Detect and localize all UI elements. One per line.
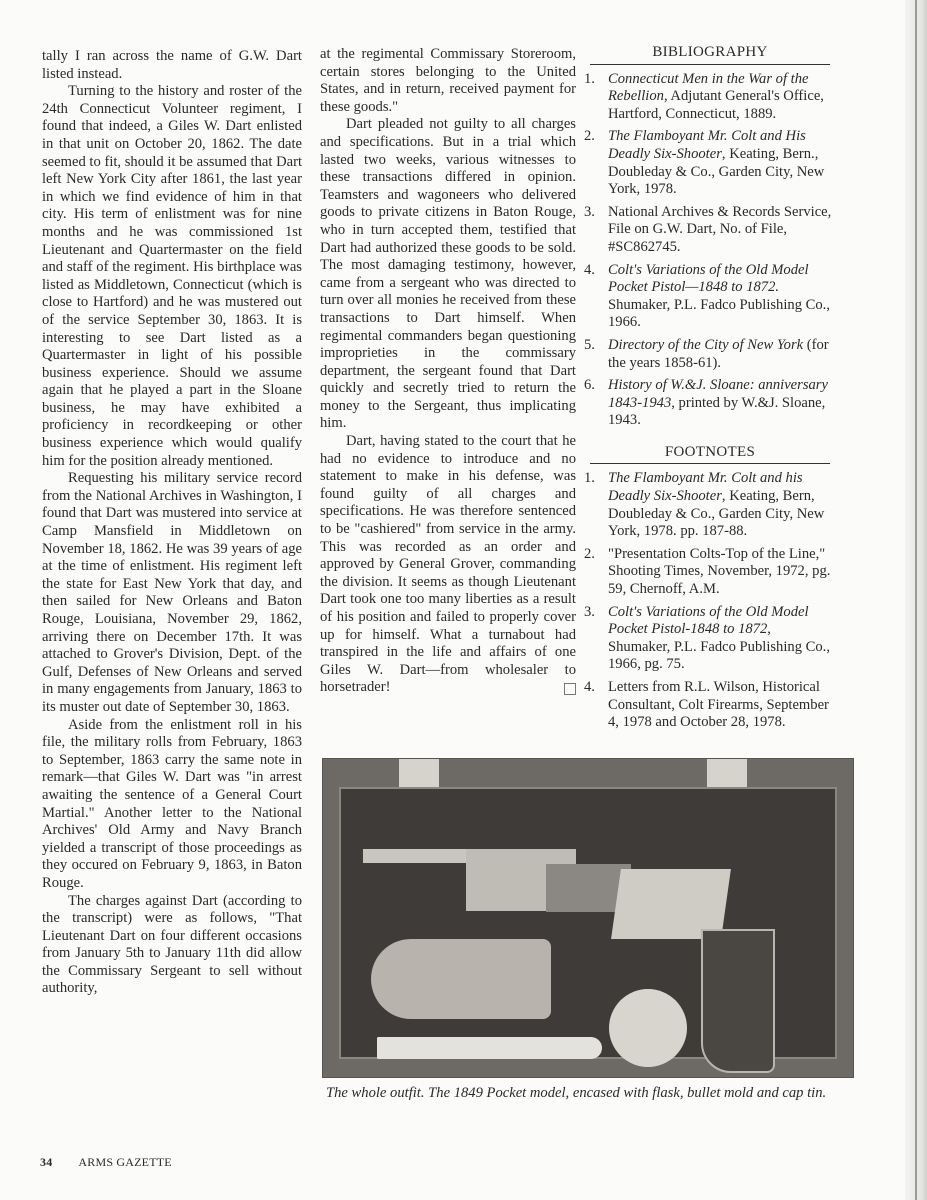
- photo-caption: The whole outfit. The 1849 Pocket model,…: [326, 1084, 856, 1102]
- end-of-article-mark-icon: [564, 683, 576, 695]
- article-column-1: tally I ran across the name of G.W. Dart…: [42, 48, 302, 998]
- item-details: National Archives & Records Service, Fil…: [608, 204, 831, 255]
- paragraph: Turning to the history and roster of the…: [42, 83, 302, 470]
- item-number: 4.: [580, 679, 608, 732]
- footnote-item: 1.The Flamboyant Mr. Colt and his Deadly…: [580, 470, 836, 540]
- item-number: 1.: [580, 71, 608, 124]
- bibliography-item: 2.The Flamboyant Mr. Colt and His Deadly…: [580, 128, 836, 198]
- paragraph: tally I ran across the name of G.W. Dart…: [42, 48, 302, 83]
- bibliography-heading: BIBLIOGRAPHY: [590, 44, 830, 65]
- paragraph-text: Dart, having stated to the court that he…: [320, 433, 576, 695]
- item-details: Shumaker, P.L. Fadco Publishing Co., 196…: [608, 297, 830, 331]
- item-text: Directory of the City of New York (for t…: [608, 337, 836, 372]
- item-details: "Presentation Colts-Top of the Line," Sh…: [608, 546, 830, 597]
- item-number: 5.: [580, 337, 608, 372]
- footnote-item: 3.Colt's Variations of the Old Model Poc…: [580, 604, 836, 674]
- footnote-item: 2."Presentation Colts-Top of the Line," …: [580, 546, 836, 599]
- references-column: BIBLIOGRAPHY 1.Connecticut Men in the Wa…: [580, 44, 836, 737]
- revolver-case-photo: [322, 758, 854, 1078]
- page-number: 34: [40, 1155, 52, 1169]
- page-edge-line: [915, 0, 917, 1200]
- item-text: National Archives & Records Service, Fil…: [608, 204, 836, 257]
- case-interior: [339, 787, 837, 1059]
- bibliography-item: 6.History of W.&J. Sloane: anniversary 1…: [580, 377, 836, 430]
- item-text: The Flamboyant Mr. Colt and his Deadly S…: [608, 470, 836, 540]
- item-text: The Flamboyant Mr. Colt and His Deadly S…: [608, 128, 836, 198]
- item-number: 6.: [580, 377, 608, 430]
- page-footer: 34ARMS GAZETTE: [40, 1155, 172, 1170]
- powder-flask: [371, 939, 551, 1019]
- footnotes-heading: FOOTNOTES: [590, 444, 830, 465]
- item-title: Colt's Variations of the Old Model Pocke…: [608, 262, 809, 296]
- paragraph: at the regimental Commissary Storeroom, …: [320, 46, 576, 116]
- item-number: 4.: [580, 262, 608, 332]
- item-text: Colt's Variations of the Old Model Pocke…: [608, 604, 836, 674]
- bibliography-item: 1.Connecticut Men in the War of the Rebe…: [580, 71, 836, 124]
- paragraph: The charges against Dart (according to t…: [42, 893, 302, 999]
- case-hinge: [707, 759, 747, 787]
- paragraph: Requesting his military service record f…: [42, 470, 302, 716]
- item-text: Connecticut Men in the War of the Rebell…: [608, 71, 836, 124]
- bullet-mold-handle: [377, 1037, 602, 1059]
- case-hinge: [399, 759, 439, 787]
- item-title: Directory of the City of New York: [608, 337, 803, 353]
- item-text: Colt's Variations of the Old Model Pocke…: [608, 262, 836, 332]
- item-text: History of W.&J. Sloane: anniversary 184…: [608, 377, 836, 430]
- item-number: 2.: [580, 546, 608, 599]
- paragraph: Dart, having stated to the court that he…: [320, 433, 576, 697]
- paragraph: Aside from the enlistment roll in his fi…: [42, 717, 302, 893]
- publication-name: ARMS GAZETTE: [78, 1155, 171, 1169]
- item-text: Letters from R.L. Wilson, Historical Con…: [608, 679, 836, 732]
- bibliography-item: 3.National Archives & Records Service, F…: [580, 204, 836, 257]
- article-column-2: at the regimental Commissary Storeroom, …: [320, 46, 576, 697]
- item-number: 3.: [580, 204, 608, 257]
- item-number: 1.: [580, 470, 608, 540]
- item-title: Colt's Variations of the Old Model Pocke…: [608, 604, 809, 638]
- footnote-item: 4.Letters from R.L. Wilson, Historical C…: [580, 679, 836, 732]
- item-number: 3.: [580, 604, 608, 674]
- paragraph: Dart pleaded not guilty to all charges a…: [320, 116, 576, 433]
- item-text: "Presentation Colts-Top of the Line," Sh…: [608, 546, 836, 599]
- item-number: 2.: [580, 128, 608, 198]
- bibliography-item: 5.Directory of the City of New York (for…: [580, 337, 836, 372]
- cap-tin: [609, 989, 687, 1067]
- item-details: Letters from R.L. Wilson, Historical Con…: [608, 679, 829, 730]
- bibliography-item: 4.Colt's Variations of the Old Model Poc…: [580, 262, 836, 332]
- revolver-grip: [701, 929, 775, 1073]
